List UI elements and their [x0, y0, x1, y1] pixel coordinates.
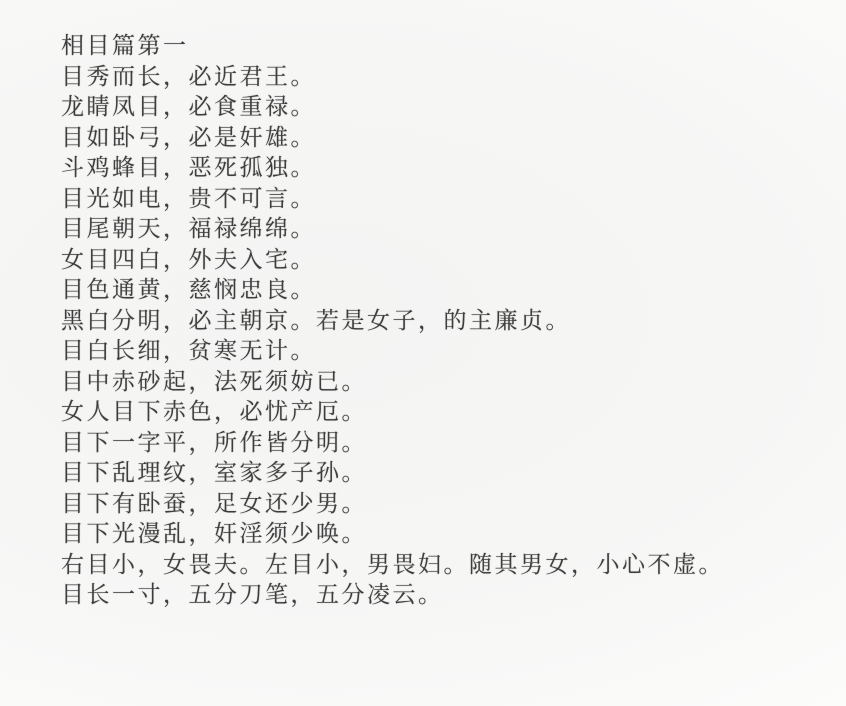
text-line: 目色通黄，慈悯忠良。 — [61, 275, 724, 306]
text-line: 目下乱理纹，室家多子孙。 — [61, 458, 724, 489]
text-line: 目下有卧蚕，足女还少男。 — [61, 489, 724, 520]
text-line: 目下一字平，所作皆分明。 — [61, 428, 724, 459]
scanned-page: 相目篇第一 目秀而长，必近君王。 龙睛凤目，必食重禄。 目如卧弓，必是奸雄。 斗… — [0, 0, 846, 706]
text-line: 黑白分明，必主朝京。若是女子，的主廉贞。 — [61, 306, 724, 337]
text-line: 目尾朝天，福禄绵绵。 — [61, 214, 724, 245]
text-line: 目如卧弓，必是奸雄。 — [61, 123, 724, 154]
text-line: 龙睛凤目，必食重禄。 — [61, 92, 724, 123]
text-line: 目下光漫乱，奸淫须少唤。 — [61, 519, 724, 550]
text-line: 女人目下赤色，必忧产厄。 — [61, 397, 724, 428]
text-block: 相目篇第一 目秀而长，必近君王。 龙睛凤目，必食重禄。 目如卧弓，必是奸雄。 斗… — [61, 31, 724, 611]
text-line: 斗鸡蜂目，恶死孤独。 — [61, 153, 724, 184]
text-line: 目秀而长，必近君王。 — [61, 62, 724, 93]
chapter-title: 相目篇第一 — [61, 31, 724, 62]
text-line: 目中赤砂起，法死须妨已。 — [61, 367, 724, 398]
text-line: 女目四白，外夫入宅。 — [61, 245, 724, 276]
text-line: 目白长细，贫寒无计。 — [61, 336, 724, 367]
text-line: 目长一寸，五分刀笔，五分凌云。 — [61, 580, 724, 611]
text-line: 右目小，女畏夫。左目小，男畏妇。随其男女，小心不虚。 — [61, 550, 724, 581]
text-line: 目光如电，贵不可言。 — [61, 184, 724, 215]
